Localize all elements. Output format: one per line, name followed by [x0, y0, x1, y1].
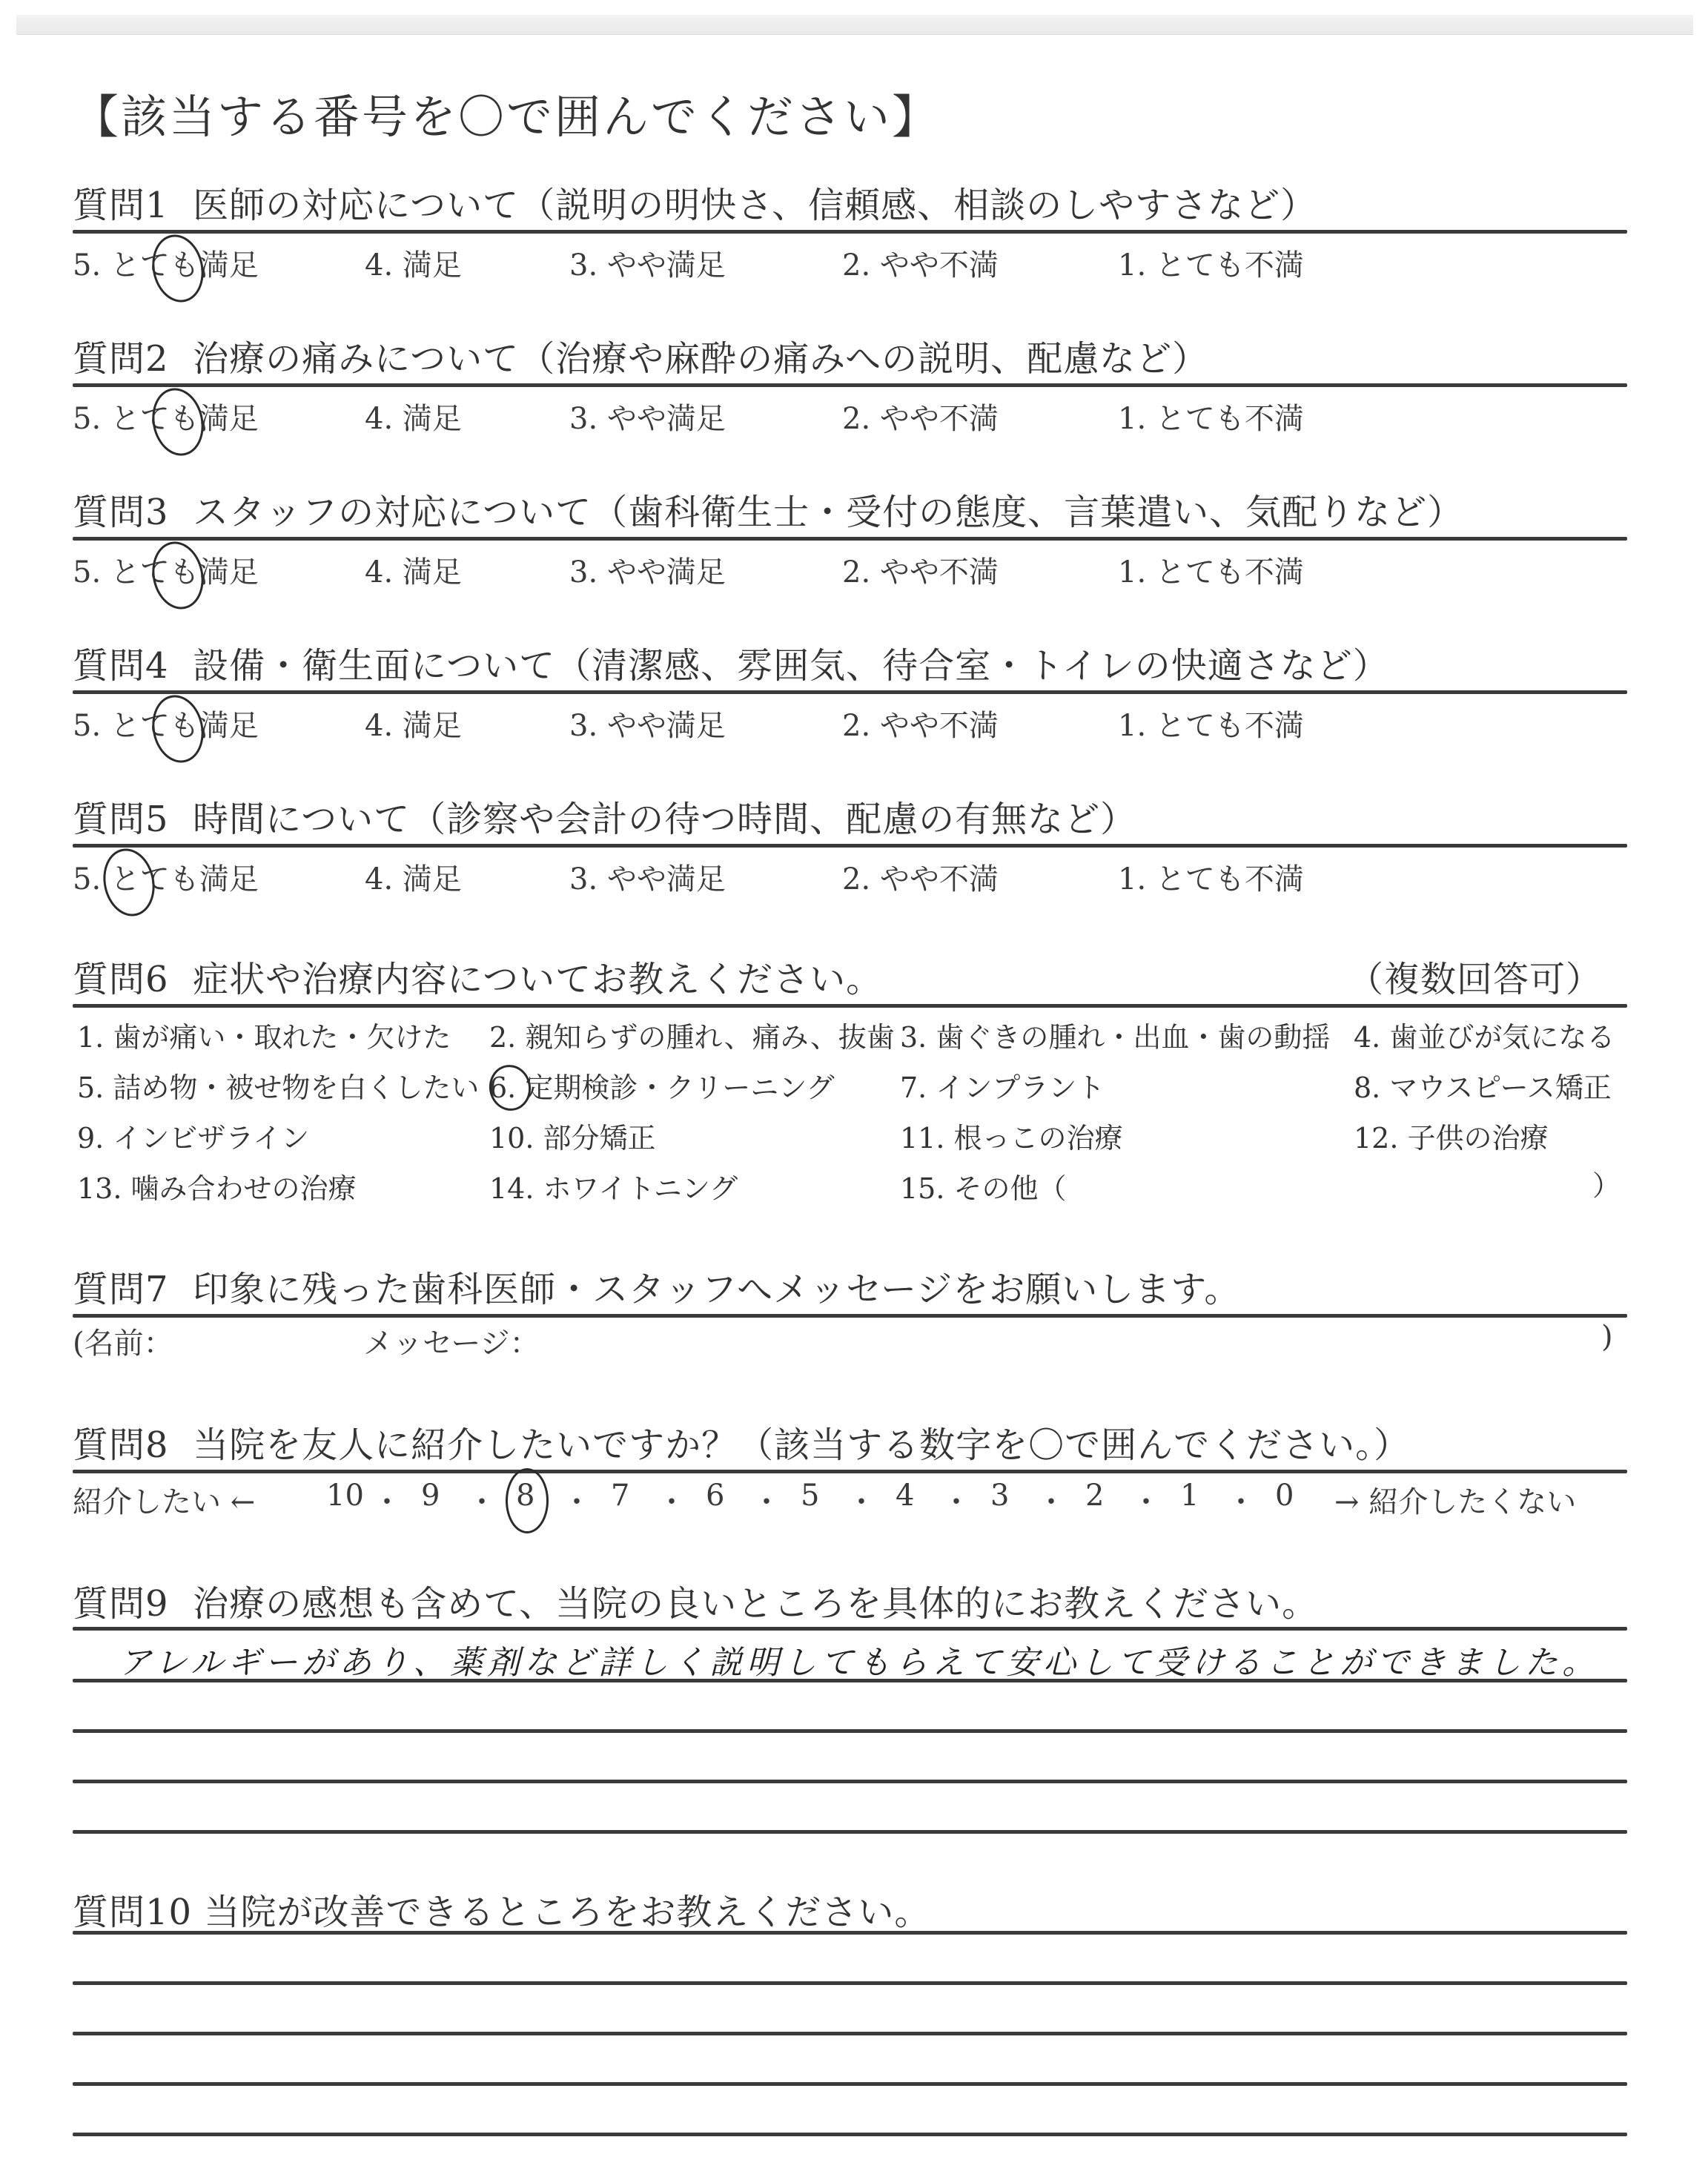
q4-label: 質問4 — [73, 645, 169, 687]
q6-option-4[interactable]: 4. 歯並びが気になる — [1354, 1014, 1615, 1055]
q6-option-2[interactable]: 2. 親知らずの腫れ、痛み、抜歯 — [489, 1014, 895, 1055]
q2-label: 質問2 — [73, 338, 169, 380]
q8-scale-4[interactable]: 4 — [896, 1479, 914, 1513]
q7-message-field[interactable] — [549, 1321, 1572, 1357]
q5-rule — [73, 844, 1627, 848]
q5-text: 時間について（診察や会計の待つ時間、配慮の有無など） — [193, 799, 1136, 840]
q6-other-close: ） — [1592, 1163, 1621, 1203]
q2-option-4[interactable]: 4. 満足 — [365, 395, 462, 437]
q8-scale-7[interactable]: 7 — [611, 1479, 629, 1513]
q5-label: 質問5 — [73, 799, 169, 840]
q4-option-1[interactable]: 1. とても不満 — [1118, 702, 1304, 744]
q6-option-5[interactable]: 5. 詰め物・被せ物を白くしたい — [77, 1065, 479, 1106]
q9-heading: 質問9 治療の感想も含めて、当院の良いところを具体的にお教えください。 — [73, 1575, 1318, 1626]
q8-separator: ・ — [752, 1479, 781, 1521]
q1-label: 質問1 — [73, 185, 169, 226]
q3-option-3[interactable]: 3. やや満足 — [569, 549, 726, 591]
q3-option-2[interactable]: 2. やや不満 — [842, 549, 999, 591]
q4-option-3[interactable]: 3. やや満足 — [569, 702, 726, 744]
q6-option-9[interactable]: 9. インビザライン — [77, 1115, 309, 1156]
q8-scale-2[interactable]: 2 — [1085, 1479, 1104, 1513]
q2-heading: 質問2 治療の痛みについて（治療や麻酔の痛みへの説明、配慮など） — [73, 330, 1208, 381]
q3-option-4[interactable]: 4. 満足 — [365, 549, 462, 591]
q6-label: 質問6 — [73, 959, 169, 1000]
q6-option-14[interactable]: 14. ホワイトニング — [489, 1166, 738, 1206]
q5-option-4[interactable]: 4. 満足 — [365, 856, 462, 898]
q8-left-label: 紹介したい ← — [73, 1479, 255, 1521]
q6-option-15[interactable]: 15. その他（ — [900, 1166, 1067, 1206]
q5-option-5[interactable]: 5. とても満足 — [73, 856, 259, 898]
q10-answer-line-4 — [73, 2082, 1627, 2086]
q9-rule — [73, 1627, 1627, 1631]
q6-option-7[interactable]: 7. インプラント — [900, 1065, 1105, 1106]
q4-rule — [73, 690, 1627, 694]
q4-heading: 質問4 設備・衛生面について（清潔感、雰囲気、待合室・トイレの快適さなど） — [73, 637, 1389, 688]
q8-scale-9[interactable]: 9 — [421, 1479, 440, 1513]
q2-option-2[interactable]: 2. やや不満 — [842, 395, 999, 437]
q1-option-1[interactable]: 1. とても不満 — [1118, 242, 1304, 284]
q7-label: 質問7 — [73, 1269, 169, 1310]
q3-option-1[interactable]: 1. とても不満 — [1118, 549, 1304, 591]
q5-option-2[interactable]: 2. やや不満 — [842, 856, 999, 898]
q2-option-1[interactable]: 1. とても不満 — [1118, 395, 1304, 437]
q5-heading: 質問5 時間について（診察や会計の待つ時間、配慮の有無など） — [73, 790, 1136, 842]
q8-separator: ・ — [941, 1479, 971, 1521]
q8-heading: 質問8 当院を友人に紹介したいですか？（該当する数字を〇で囲んでください。） — [73, 1416, 1410, 1467]
q4-option-4[interactable]: 4. 満足 — [365, 702, 462, 744]
q3-rule — [73, 537, 1627, 541]
q8-separator: ・ — [1226, 1479, 1256, 1521]
q6-multiple-note: （複数回答可） — [1348, 951, 1602, 1002]
q6-option-13[interactable]: 13. 噛み合わせの治療 — [77, 1166, 357, 1206]
q1-option-2[interactable]: 2. やや不満 — [842, 242, 999, 284]
q8-separator: ・ — [1036, 1479, 1066, 1521]
q7-rule — [73, 1314, 1627, 1318]
q6-heading: 質問6 症状や治療内容についてお教えください。 — [73, 951, 882, 1002]
q8-scale-0[interactable]: 0 — [1275, 1479, 1294, 1513]
q1-text: 医師の対応について（説明の明快さ、信頼感、相談のしやすさなど） — [193, 185, 1317, 226]
q6-option-10[interactable]: 10. 部分矯正 — [489, 1115, 656, 1156]
q7-text: 印象に残った歯科医師・スタッフへメッセージをお願いします。 — [193, 1269, 1240, 1310]
q3-heading: 質問3 スタッフの対応について（歯科衛生士・受付の態度、言葉遣い、気配りなど） — [73, 483, 1463, 535]
q3-text: スタッフの対応について（歯科衛生士・受付の態度、言葉遣い、気配りなど） — [193, 492, 1463, 533]
q2-option-3[interactable]: 3. やや満足 — [569, 395, 726, 437]
q4-text: 設備・衛生面について（清潔感、雰囲気、待合室・トイレの快適さなど） — [193, 645, 1389, 687]
q8-scale-5[interactable]: 5 — [801, 1479, 819, 1513]
q8-rule — [73, 1470, 1627, 1473]
q2-text: 治療の痛みについて（治療や麻酔の痛みへの説明、配慮など） — [193, 338, 1208, 380]
q6-option-3[interactable]: 3. 歯ぐきの腫れ・出血・歯の動揺 — [900, 1014, 1330, 1055]
q10-answer-area[interactable] — [73, 1935, 1627, 2150]
q6-option-8[interactable]: 8. マウスピース矯正 — [1354, 1065, 1612, 1106]
q10-answer-line-2 — [73, 1981, 1627, 1985]
q4-option-2[interactable]: 2. やや不満 — [842, 702, 999, 744]
q10-answer-line-1 — [73, 1931, 1627, 1935]
q7-name-field[interactable] — [178, 1321, 348, 1357]
q8-scale-10[interactable]: 10 — [326, 1479, 364, 1513]
q6-rule — [73, 1004, 1627, 1008]
q6-option-1[interactable]: 1. 歯が痛い・取れた・欠けた — [77, 1014, 451, 1055]
q9-answer-line-2 — [73, 1729, 1627, 1733]
q7-message-label: メッセージ： — [363, 1320, 540, 1362]
q10-heading: 質問10 当院が改善できるところをお教えください。 — [73, 1883, 930, 1935]
q3-label: 質問3 — [73, 492, 169, 533]
q7-heading: 質問7 印象に残った歯科医師・スタッフへメッセージをお願いします。 — [73, 1261, 1240, 1312]
q8-scale-6[interactable]: 6 — [706, 1479, 724, 1513]
q8-separator: ・ — [467, 1479, 497, 1521]
q8-scale-3[interactable]: 3 — [990, 1479, 1009, 1513]
q8-separator: ・ — [372, 1479, 402, 1521]
q7-name-label: (名前： — [73, 1320, 173, 1362]
q5-option-3[interactable]: 3. やや満足 — [569, 856, 726, 898]
q8-scale-1[interactable]: 1 — [1180, 1479, 1199, 1513]
q8-right-label: → 紹介したくない — [1334, 1479, 1576, 1521]
q8-text: 当院を友人に紹介したいですか？（該当する数字を〇で囲んでください。） — [193, 1424, 1410, 1466]
q9-answer-line-4 — [73, 1830, 1627, 1834]
q10-text: 当院が改善できるところをお教えください。 — [204, 1892, 930, 1933]
q9-handwritten-answer[interactable]: アレルギーがあり、薬剤など詳しく説明してもらえて安心して受けることができました。 — [119, 1636, 1599, 1683]
q9-label: 質問9 — [73, 1583, 169, 1625]
q9-text: 治療の感想も含めて、当院の良いところを具体的にお教えください。 — [193, 1583, 1318, 1625]
q1-rule — [73, 230, 1627, 234]
q6-option-11[interactable]: 11. 根っこの治療 — [900, 1115, 1123, 1156]
scan-top-edge — [16, 15, 1693, 35]
q8-separator: ・ — [847, 1479, 876, 1521]
q9-answer-line-3 — [73, 1780, 1627, 1783]
q7-close-paren: ) — [1601, 1320, 1613, 1354]
q2-rule — [73, 383, 1627, 387]
page-instruction: 【該当する番号を〇で囲んでください】 — [73, 80, 940, 146]
q8-label: 質問8 — [73, 1424, 169, 1466]
q8-separator: ・ — [1131, 1479, 1161, 1521]
q10-answer-line-3 — [73, 2032, 1627, 2035]
q8-selection-circle — [506, 1468, 549, 1533]
q6-text: 症状や治療内容についてお教えください。 — [193, 959, 882, 1000]
q10-answer-line-5 — [73, 2133, 1627, 2136]
q9-answer-line-1 — [73, 1679, 1627, 1682]
q6-option-6[interactable]: 6. 定期検診・クリーニング — [489, 1065, 835, 1106]
q1-option-3[interactable]: 3. やや満足 — [569, 242, 726, 284]
q10-label: 質問10 — [73, 1892, 192, 1933]
q1-heading: 質問1 医師の対応について（説明の明快さ、信頼感、相談のしやすさなど） — [73, 176, 1317, 228]
q8-separator: ・ — [657, 1479, 686, 1521]
q8-separator: ・ — [562, 1479, 592, 1521]
q6-option-12[interactable]: 12. 子供の治療 — [1354, 1115, 1549, 1156]
q1-option-4[interactable]: 4. 満足 — [365, 242, 462, 284]
q5-option-1[interactable]: 1. とても不満 — [1118, 856, 1304, 898]
